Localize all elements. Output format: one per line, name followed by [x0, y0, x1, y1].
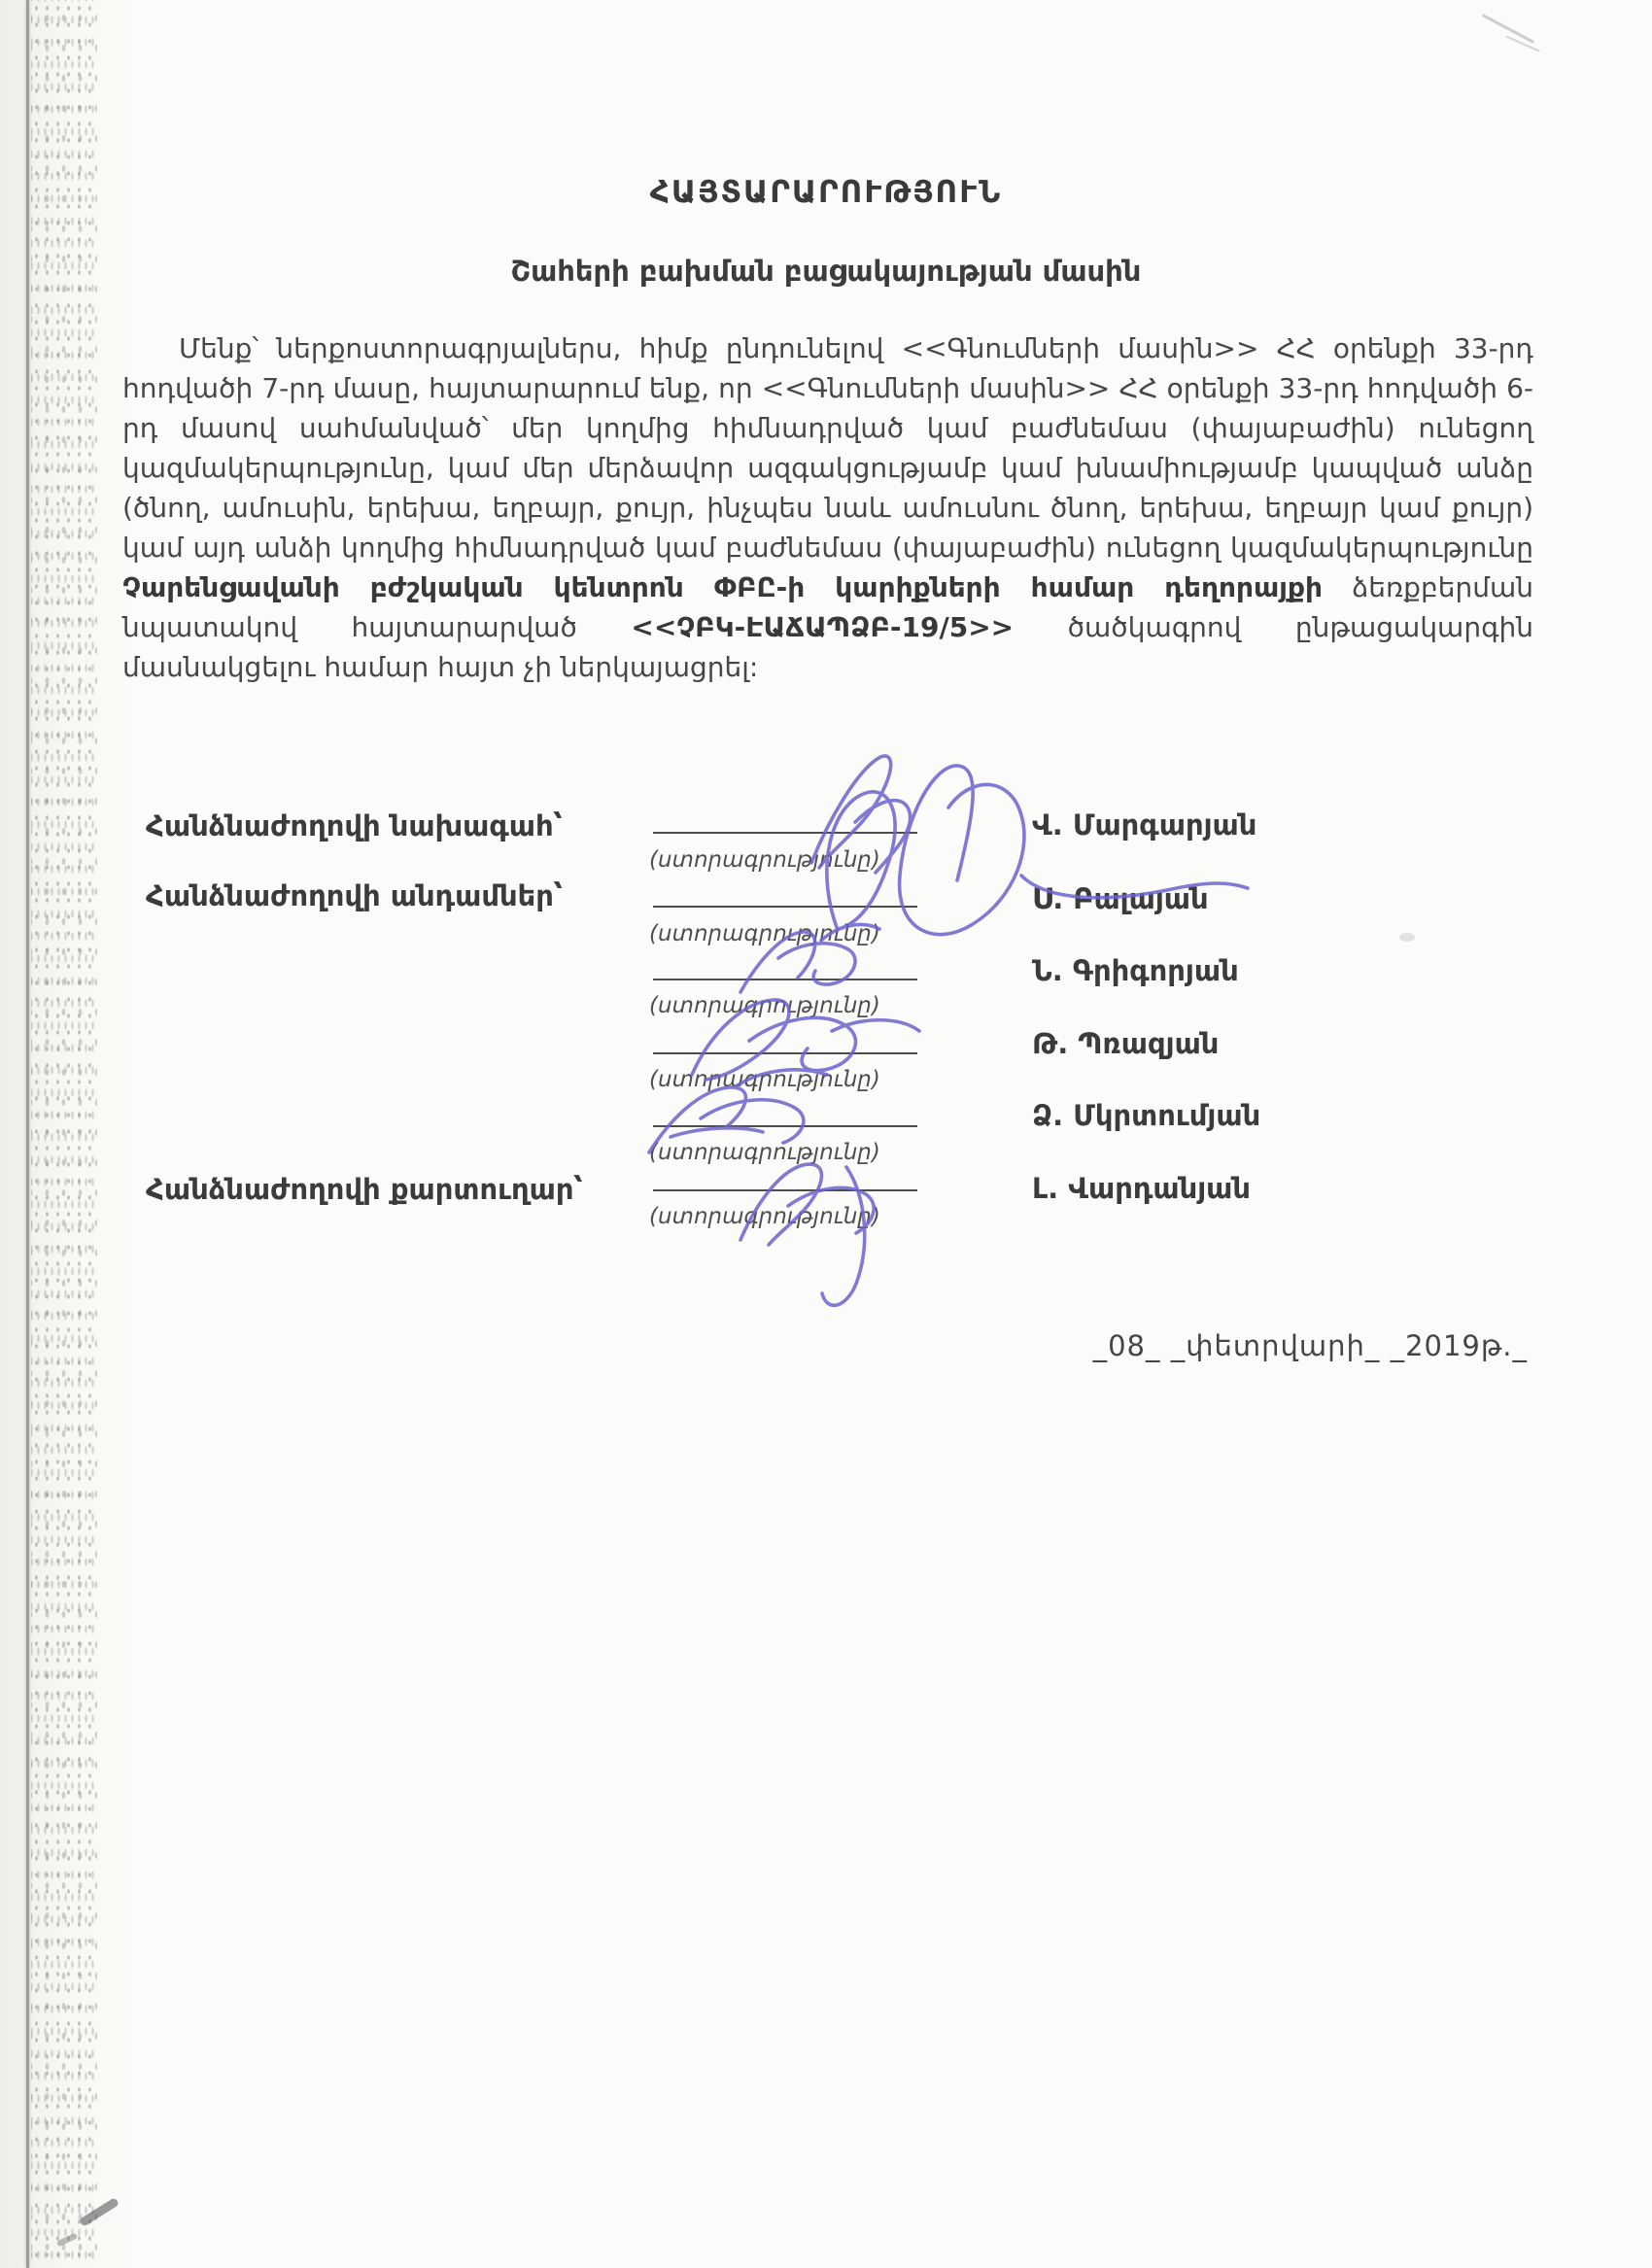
date-line: _08_ _փետրվարի_ _2019թ._ — [1093, 1329, 1528, 1362]
signer-name: Ն. Գրիգորյան — [1032, 954, 1239, 987]
scanned-document-page: ՀԱՅՏԱՐԱՐՈՒԹՅՈՒՆ Շահերի բախման բացակայութ… — [0, 0, 1652, 2268]
signature-line — [653, 1052, 917, 1054]
signature-caption: (ստորագրությունը) — [649, 993, 880, 1018]
scan-noise-band — [31, 0, 97, 2268]
smudge-mark — [1399, 933, 1415, 942]
role-label-secretary: Հանձնաժողովի քարտուղար՝ — [146, 1173, 583, 1206]
signature-caption: (ստորագրությունը) — [649, 847, 880, 873]
signature-caption: (ստորագրությունը) — [649, 1067, 880, 1092]
signature-line — [653, 1189, 917, 1191]
paragraph-bold-segment: Չարենցավանի բժշկական կենտրոն ՓԲԸ-ի կարիք… — [122, 571, 1323, 603]
signature-ink — [740, 1164, 874, 1305]
scan-edge-line — [26, 0, 29, 2268]
signature-caption: (ստորագրությունը) — [649, 1140, 880, 1165]
signature-caption: (ստորագրությունը) — [649, 1204, 880, 1229]
signer-name: Ս. Բալայան — [1032, 882, 1209, 915]
document-subtitle: Շահերի բախման բացակայության մասին — [0, 255, 1652, 288]
signature-line — [653, 1125, 917, 1127]
role-label-members: Հանձնաժողովի անդամներ՝ — [146, 879, 563, 912]
declaration-paragraph: Մենք՝ ներքոստորագրյալներս, հիմք ընդունել… — [122, 328, 1533, 687]
scratch-mark — [1482, 14, 1534, 44]
signature-line — [653, 979, 917, 980]
paragraph-bold-segment: <<ՉԲԿ-ԷԱՃԱՊՁԲ-19/5>> — [631, 611, 1014, 643]
signature-line — [653, 832, 917, 834]
signer-name: Թ. Պռազյան — [1032, 1027, 1219, 1060]
signer-name: Ձ. Մկրտումյան — [1032, 1099, 1260, 1132]
signer-name: Վ. Մարգարյան — [1032, 808, 1256, 842]
paragraph-segment: Մենք՝ ներքոստորագրյալներս, հիմք ընդունել… — [122, 332, 1533, 564]
signer-name: Լ. Վարդանյան — [1032, 1172, 1251, 1205]
signature-caption: (ստորագրությունը) — [649, 921, 880, 946]
signature-line — [653, 906, 917, 908]
role-label-chairman: Հանձնաժողովի նախագահ՝ — [146, 809, 563, 842]
document-title: ՀԱՅՏԱՐԱՐՈՒԹՅՈՒՆ — [0, 175, 1652, 210]
